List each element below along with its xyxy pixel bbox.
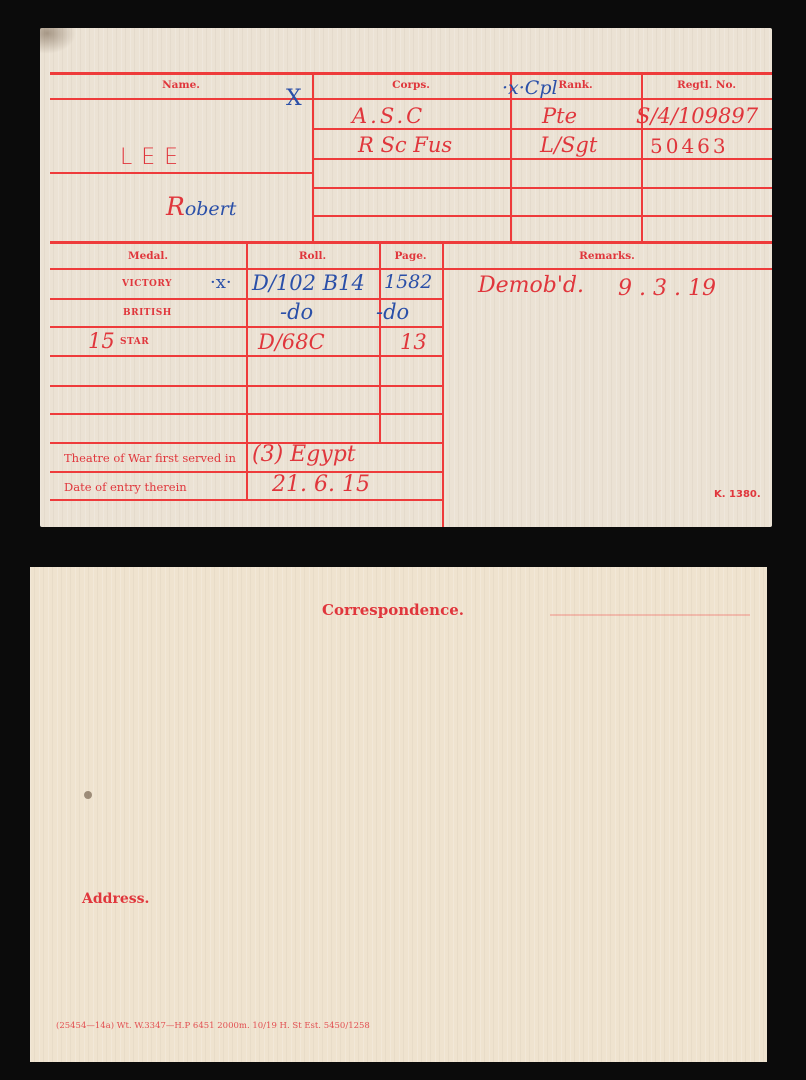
forename: Robert <box>166 192 236 221</box>
col-divider-corps-rank <box>510 74 512 241</box>
surname: LEE <box>120 145 187 170</box>
header-page: Page. <box>379 250 442 262</box>
rule <box>312 158 772 160</box>
british-page: -do <box>376 300 409 324</box>
date-of-entry-value: 21. 6. 15 <box>272 472 370 497</box>
faint-rule <box>550 614 750 616</box>
regtl-no-row-2: 50463 <box>650 134 729 158</box>
victory-roll: D/102 B14 <box>252 271 365 295</box>
medal-index-card-back: Correspondence. Address. (25454—14a) Wt.… <box>30 567 767 1062</box>
date-of-entry-label: Date of entry therein <box>64 480 187 494</box>
col-divider-name-corps <box>312 74 314 241</box>
british-roll: -do <box>280 300 313 324</box>
star-roll: D/68C <box>258 330 325 354</box>
form-number: K. 1380. <box>714 489 761 500</box>
regtl-no-row-1: S/4/109897 <box>636 104 758 128</box>
header-roll: Roll. <box>246 250 379 262</box>
rank-annotation: ·x·Cpl <box>502 77 558 99</box>
victory-mark: ·x· <box>210 272 232 293</box>
header-remarks: Remarks. <box>442 250 772 262</box>
name-cross-mark: X <box>286 86 302 111</box>
header-corps: Corps. <box>312 79 510 91</box>
rule <box>312 187 772 189</box>
medal-british: BRITISH <box>123 308 172 318</box>
col-divider-roll-page <box>379 243 381 442</box>
rank-row-1: Pte <box>542 104 577 128</box>
rule-surname <box>50 172 312 174</box>
correspondence-title: Correspondence. <box>322 601 464 619</box>
rank-row-2: L/Sgt <box>540 133 597 157</box>
stain-spot <box>84 791 92 799</box>
rule <box>312 215 772 217</box>
theatre-value: (3) Egypt <box>252 442 356 467</box>
col-divider-medal-roll <box>246 243 248 443</box>
rule-top <box>50 72 772 75</box>
rule <box>312 128 772 130</box>
header-regtl-no: Regtl. No. <box>641 79 772 91</box>
corps-row-1: A.S.C <box>352 104 425 128</box>
star-page: 13 <box>400 330 427 354</box>
col-divider-rank-regtl <box>641 74 643 241</box>
rule-header-bottom <box>50 98 772 100</box>
theatre-label: Theatre of War first served in <box>64 451 236 465</box>
corps-row-2: R Sc Fus <box>358 133 452 157</box>
col-divider-theatre <box>246 442 248 499</box>
rule-medal-header-bottom <box>50 268 772 270</box>
medal-victory: VICTORY <box>122 279 172 289</box>
medal-index-card-front: Name. Corps. Rank. Regtl. No. X LEE Robe… <box>40 28 772 527</box>
star-prefix: 15 <box>88 329 115 353</box>
victory-page: 1582 <box>384 271 432 293</box>
rule-bottom <box>50 499 442 501</box>
remarks-date: 9 . 3 . 19 <box>618 276 716 301</box>
forename-rest: obert <box>185 198 237 220</box>
header-name: Name. <box>50 79 312 91</box>
printers-imprint: (25454—14a) Wt. W.3347—H.P 6451 2000m. 1… <box>56 1021 370 1031</box>
address-label: Address. <box>82 891 149 907</box>
remarks-text: Demob'd. <box>478 273 584 298</box>
corner-stain <box>40 28 76 54</box>
medal-star: STAR <box>120 337 149 347</box>
rule-section-divider <box>50 241 772 244</box>
header-medal: Medal. <box>50 250 246 262</box>
col-divider-page-remarks <box>442 243 444 527</box>
